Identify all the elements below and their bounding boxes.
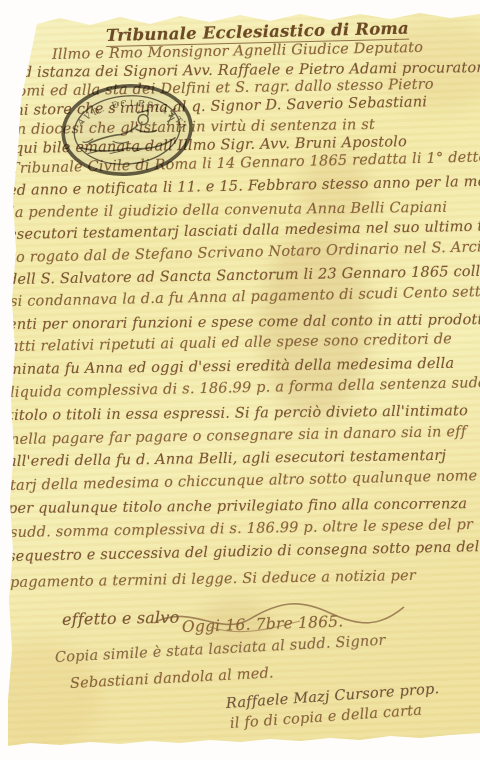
manuscript-line: nella pagare far pagare o consegnare sia… [10, 424, 467, 448]
manuscript-line: pagamento a termini di legge. Si deduce … [10, 568, 416, 591]
tribunal-stamp: AVD. ECLESIASTICA [52, 72, 202, 186]
manuscript-line: minata fu Anna ed oggi d'essi eredità de… [8, 356, 454, 378]
manuscript-line: liquida complessiva di s. 186.99 p. a fo… [10, 375, 480, 401]
manuscript-line: atti relativi ripetuti ai quali ed alle … [10, 331, 452, 355]
manuscript-line: la pendente il giudizio della convenuta … [10, 200, 447, 221]
closing-note: Sebastiani dandola al med. [70, 665, 275, 692]
manuscript-paper: Tribunale Ecclesiastico di Roma Illmo e … [0, 0, 480, 760]
manuscript-line: to rogato dal de Stefano Scrivano Notaro… [10, 239, 480, 266]
manuscript-line: sequestro e successiva del giudizio di c… [8, 539, 480, 565]
manuscript-line: esecutori testamentarj lasciati dalla me… [8, 218, 480, 243]
manuscript-line: tarj della medesima o chiccunque altro s… [10, 468, 478, 494]
manuscript-line: dell S. Salvatore ad Sancta Sanctorum li… [8, 264, 480, 288]
manuscript-line: all'eredi della fu d. Anna Belli, agli e… [8, 448, 446, 470]
manuscript-line: per qualunque titolo anche privilegiato … [8, 496, 467, 517]
manuscript-line: titolo o titoli in essa espressi. Si fa … [8, 403, 468, 424]
manuscript-line: enti per onorari funzioni e spese come d… [8, 312, 480, 333]
manuscript-line: si condannava la d.a fu Anna al pagament… [10, 284, 480, 310]
manuscript-line: sudd. somma complessiva di s. 186.99 p. … [10, 517, 473, 541]
